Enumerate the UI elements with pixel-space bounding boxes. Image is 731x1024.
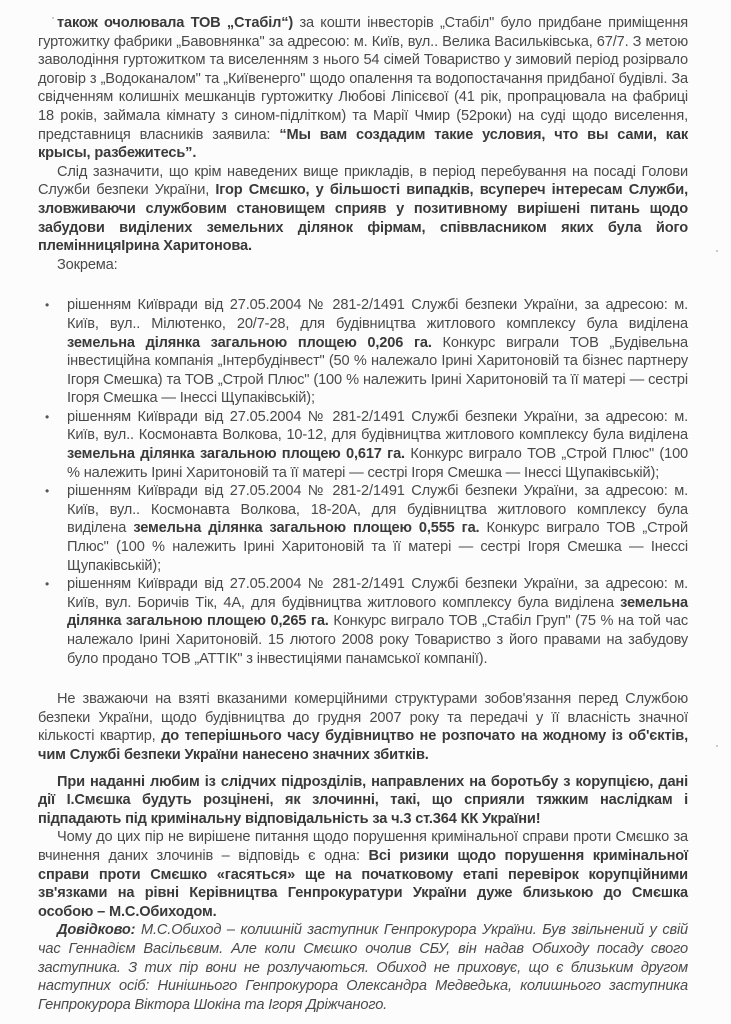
paragraph-criminal-liability: При наданні любим із слідчих підрозділів… bbox=[38, 773, 688, 829]
bullet-icon: • bbox=[45, 296, 49, 315]
item-text: рішенням Київради від 27.05.2004 № 281-2… bbox=[67, 576, 688, 611]
paragraph-text: за кошти інвесторів „Стабіл" було придба… bbox=[38, 15, 688, 143]
list-item: • рішенням Київради від 27.05.2004 № 281… bbox=[67, 408, 688, 482]
bullet-icon: • bbox=[45, 408, 49, 427]
paragraph-reference-note: Довідково: М.С.Обиход – колишній заступн… bbox=[38, 921, 688, 1014]
paragraph-text: М.С.Обиход – колишній заступник Генпроку… bbox=[38, 922, 688, 1012]
item-text: рішенням Київради від 27.05.2004 № 281-2… bbox=[67, 297, 688, 332]
paragraph-stabil-dormitory: також очолювала ТОВ „Стабіл“) за кошти і… bbox=[38, 14, 688, 163]
bullet-icon: • bbox=[45, 575, 49, 594]
scan-speck bbox=[716, 250, 718, 252]
document-body: також очолювала ТОВ „Стабіл“) за кошти і… bbox=[38, 14, 688, 1014]
item-area: земельна ділянка загальною площею 0,555 … bbox=[133, 520, 479, 536]
list-item: • рішенням Київради від 27.05.2004 № 281… bbox=[67, 296, 688, 408]
paragraph-smeshko-abuse: Слід зазначити, що крім наведених вище п… bbox=[38, 163, 688, 256]
scanned-document-page: також очолювала ТОВ „Стабіл“) за кошти і… bbox=[0, 0, 731, 1024]
bullet-icon: • bbox=[45, 482, 49, 501]
bold-statement: При наданні любим із слідчих підрозділів… bbox=[38, 774, 688, 827]
item-area: земельна ділянка загальною площею 0,617 … bbox=[67, 446, 405, 462]
list-item: • рішенням Київради від 27.05.2004 № 281… bbox=[67, 482, 688, 575]
item-text: рішенням Київради від 27.05.2004 № 281-2… bbox=[67, 409, 688, 444]
list-item: • рішенням Київради від 27.05.2004 № 281… bbox=[67, 575, 688, 668]
paragraph-why-not-resolved: Чому до цих пір не вирішене питання щодо… bbox=[38, 828, 688, 921]
land-allocation-list: • рішенням Київради від 27.05.2004 № 281… bbox=[38, 296, 688, 668]
item-area: земельна ділянка загальною площею 0,206 … bbox=[67, 335, 432, 351]
paragraph-obligations: Не зважаючи на взяті вказаними комерційн… bbox=[38, 690, 688, 764]
paragraph-zokrema: Зокрема: bbox=[38, 256, 688, 275]
reference-label: Довідково: bbox=[57, 922, 135, 938]
scan-speck bbox=[716, 745, 718, 747]
bold-lead: також очолювала ТОВ „Стабіл“) bbox=[57, 15, 293, 31]
